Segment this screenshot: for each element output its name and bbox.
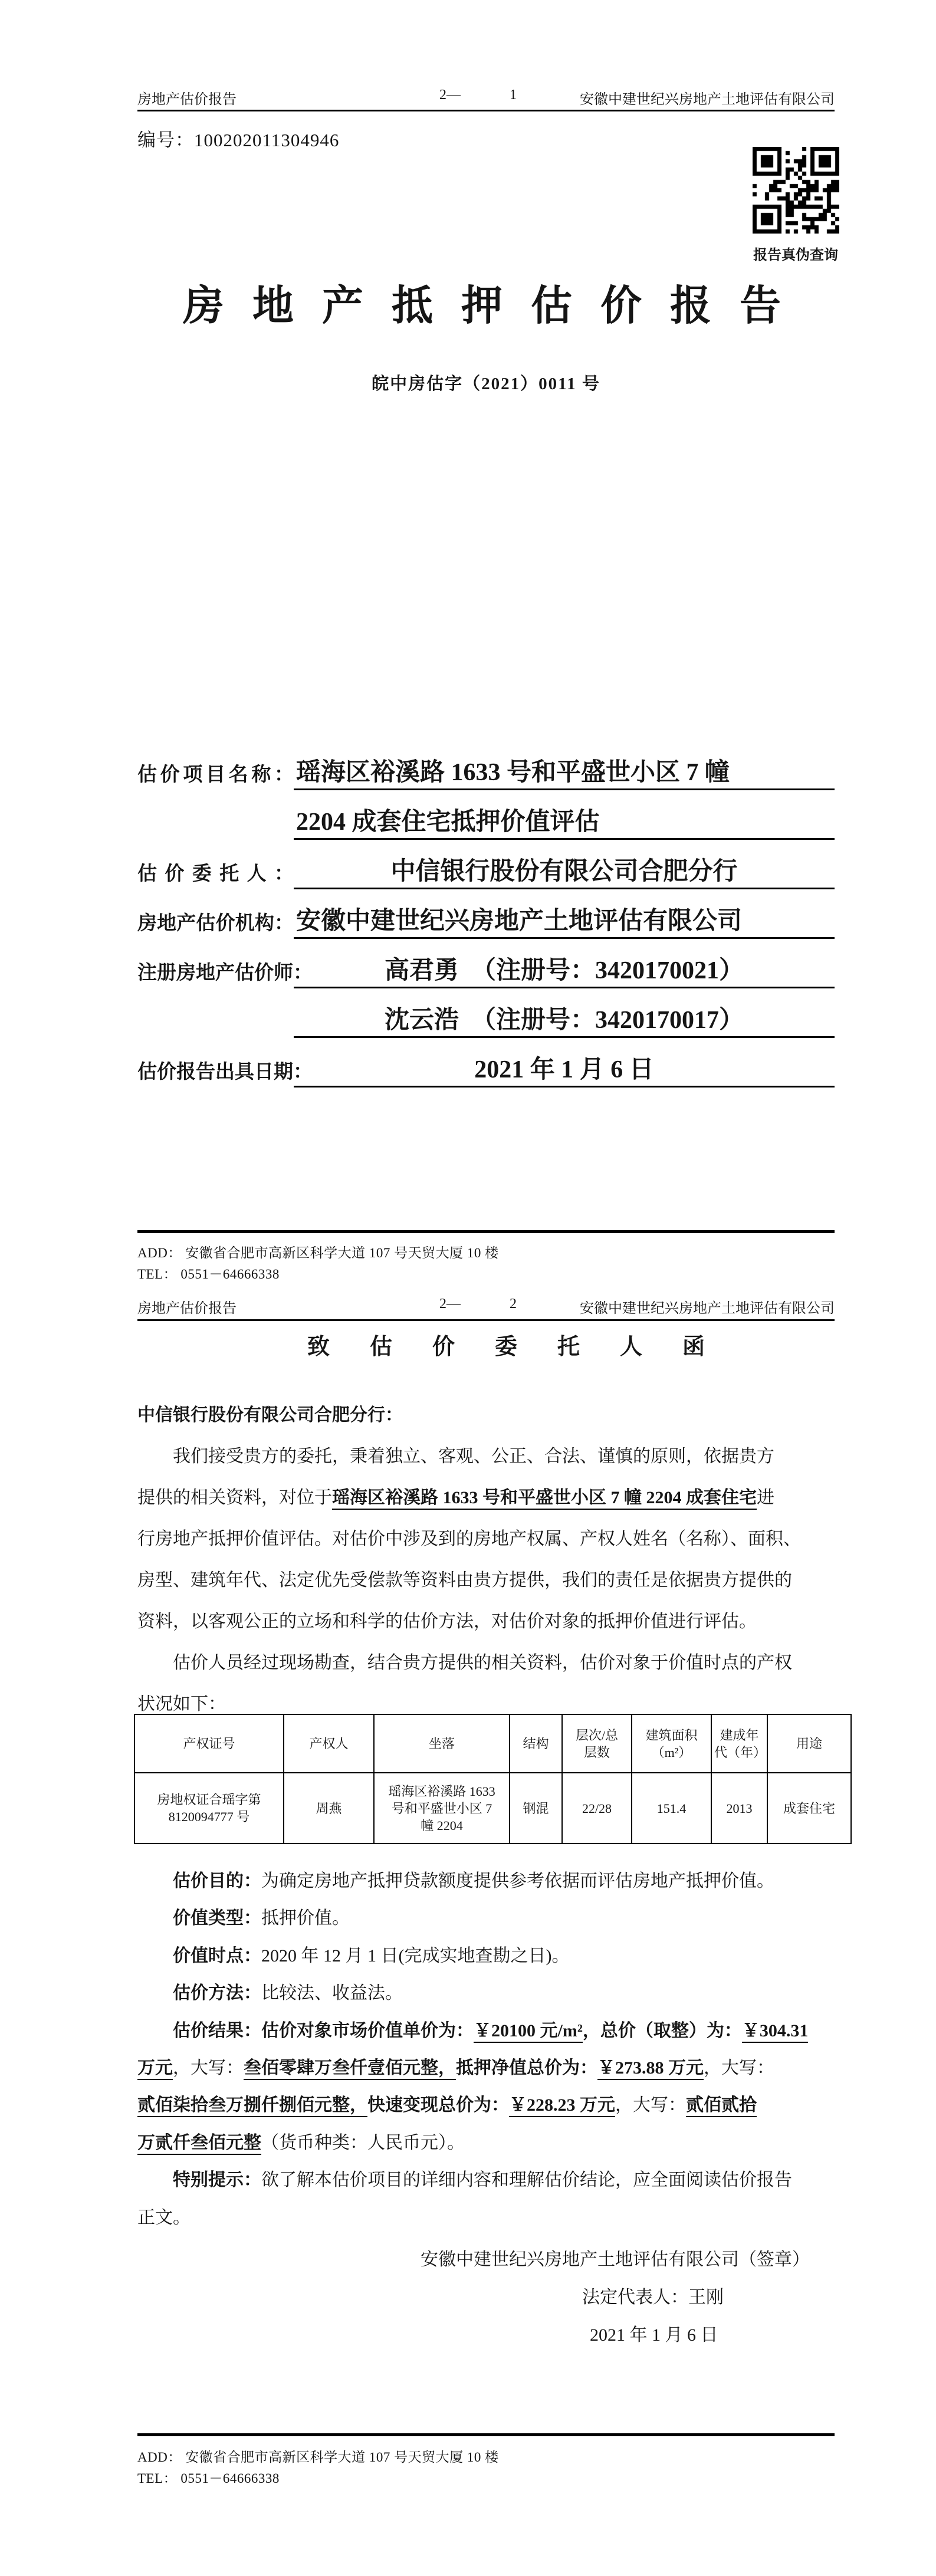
field-value: 瑶海区裕溪路 1633 号和平盛世小区 7 幢: [294, 758, 835, 790]
cell-certificate-no: 房地权证合瑶字第 8120094777 号: [134, 1773, 284, 1844]
col-location: 坐落: [374, 1714, 510, 1773]
field-value: 中信银行股份有限公司合肥分行: [294, 857, 835, 889]
qr-code: [753, 147, 839, 234]
field-value: 2021 年 1 月 6 日: [294, 1056, 835, 1087]
cell-area: 151.4: [632, 1773, 711, 1844]
text-line: 估价方法：比较法、收益法。: [137, 1974, 851, 2012]
table-header-row: 产权证号 产权人 坐落 结构 层次/总 层数 建筑面积 （m²） 建成年 代（年…: [134, 1714, 851, 1773]
cover-fields: 估价项目名称： 瑶海区裕溪路 1633 号和平盛世小区 7 幢 2204 成套住…: [137, 741, 835, 1087]
page1-footer-phone: TEL： 0551－64666338: [137, 1263, 280, 1283]
header-doc-title: 房地产估价报告: [137, 1296, 237, 1317]
col-certificate-no: 产权证号: [134, 1714, 284, 1773]
header-page-number: 1: [510, 87, 517, 103]
header-company: 安徽中建世纪兴房地产土地评估有限公司: [580, 1296, 835, 1317]
header-divider: [137, 1319, 835, 1321]
signature-legal-representative: 法定代表人：王刚: [582, 2282, 724, 2308]
field-label: 注册房地产估价师：: [137, 957, 294, 988]
header-page-total: 2—: [439, 87, 461, 103]
serial-label: 编号：: [137, 130, 194, 150]
col-owner: 产权人: [284, 1714, 374, 1773]
report-title: 房地产抵押估价报告: [96, 272, 868, 332]
cell-owner: 周燕: [284, 1773, 374, 1844]
report-document-number: 皖中房估字（2021）0011 号: [137, 370, 835, 395]
field-label: [137, 836, 294, 840]
text-line: 价值类型：抵押价值。: [137, 1900, 851, 1937]
text-line: 估价结果：估价对象市场价值单价为：￥20100 元/m²，总价（取整）为：￥30…: [137, 2012, 851, 2049]
col-use: 用途: [767, 1714, 851, 1773]
serial-value: 100202011304946: [194, 130, 339, 150]
header-company: 安徽中建世纪兴房地产土地评估有限公司: [580, 87, 835, 108]
cell-structure: 钢混: [510, 1773, 562, 1844]
field-project-name-cont: 2204 成套住宅抵押价值评估: [137, 790, 835, 840]
header-page-number: 2: [510, 1296, 517, 1312]
page2-running-header: 房地产估价报告 2— 2 安徽中建世纪兴房地产土地评估有限公司: [137, 1296, 835, 1316]
field-label: 估价报告出具日期：: [137, 1056, 294, 1087]
field-label: [137, 1034, 294, 1038]
header-doc-title: 房地产估价报告: [137, 87, 237, 108]
qr-caption: 报告真伪查询: [741, 243, 850, 264]
text-line: 正文。: [137, 2199, 851, 2236]
cell-year-built: 2013: [711, 1773, 767, 1844]
header-page-total: 2—: [439, 1296, 461, 1312]
field-client: 估价委托人： 中信银行股份有限公司合肥分行: [137, 840, 835, 889]
signature-date: 2021 年 1 月 6 日: [590, 2320, 718, 2346]
field-value: 高君勇 （注册号：3420170021）: [294, 957, 835, 988]
page1-footer-divider: [137, 1230, 835, 1233]
col-area: 建筑面积 （m²）: [632, 1714, 711, 1773]
letter-title: 致估价委托人函: [137, 1328, 875, 1361]
field-project-name: 估价项目名称： 瑶海区裕溪路 1633 号和平盛世小区 7 幢: [137, 741, 835, 790]
field-value: 安徽中建世纪兴房地产土地评估有限公司: [294, 907, 835, 939]
text-line: 价值时点：2020 年 12 月 1 日(完成实地查勘之日)。: [137, 1937, 851, 1974]
col-year-built: 建成年 代（年）: [711, 1714, 767, 1773]
page2-footer-address: ADD： 安徽省合肥市高新区科学大道 107 号天贸大厦 10 楼: [137, 2446, 499, 2466]
field-label: 估价项目名称：: [137, 759, 294, 790]
cell-use: 成套住宅: [767, 1773, 851, 1844]
text-line: 万贰仟叁佰元整（货币种类：人民币元）。: [137, 2124, 851, 2161]
col-structure: 结构: [510, 1714, 562, 1773]
field-appraiser-1: 注册房地产估价师： 高君勇 （注册号：3420170021）: [137, 939, 835, 988]
field-value: 2204 成套住宅抵押价值评估: [294, 808, 835, 840]
field-label: 估价委托人：: [137, 858, 294, 889]
letter-body: 中信银行股份有限公司合肥分行： 我们接受贵方的委托，秉着独立、客观、公正、合法、…: [137, 1395, 851, 1725]
text-line: 特别提示：欲了解本估价项目的详细内容和理解估价结论，应全面阅读估价报告: [137, 2161, 851, 2199]
text-line: 提供的相关资料，对位于瑶海区裕溪路 1633 号和平盛世小区 7 幢 2204 …: [137, 1477, 851, 1519]
text-line: 中信银行股份有限公司合肥分行：: [137, 1395, 851, 1436]
field-value: 沈云浩 （注册号：3420170017）: [294, 1006, 835, 1038]
text-line: 估价目的：为确定房地产抵押贷款额度提供参考依据而评估房地产抵押价值。: [137, 1862, 851, 1900]
field-agency: 房地产估价机构： 安徽中建世纪兴房地产土地评估有限公司: [137, 889, 835, 939]
table-row: 房地权证合瑶字第 8120094777 号 周燕 瑶海区裕溪路 1633 号和平…: [134, 1773, 851, 1844]
text-line: 资料，以客观公正的立场和科学的估价方法，对估价对象的抵押价值进行评估。: [137, 1601, 851, 1642]
field-label: 房地产估价机构：: [137, 908, 294, 939]
property-rights-table: 产权证号 产权人 坐落 结构 层次/总 层数 建筑面积 （m²） 建成年 代（年…: [134, 1714, 852, 1844]
appraisal-results: 估价目的：为确定房地产抵押贷款额度提供参考依据而评估房地产抵押价值。 价值类型：…: [137, 1862, 851, 2236]
text-line: 贰佰柒拾叁万捌仟捌佰元整，快速变现总价为：￥228.23 万元，大写：贰佰贰拾: [137, 2087, 851, 2124]
field-issue-date: 估价报告出具日期： 2021 年 1 月 6 日: [137, 1038, 835, 1087]
field-appraiser-2: 沈云浩 （注册号：3420170017）: [137, 988, 835, 1038]
signature-company: 安徽中建世纪兴房地产土地评估有限公司（签章）: [421, 2245, 810, 2271]
text-line: 万元，大写：叁佰零肆万叁仟壹佰元整，抵押净值总价为：￥273.88 万元，大写：: [137, 2049, 851, 2087]
cell-floor: 22/28: [562, 1773, 632, 1844]
text-line: 估价人员经过现场勘查，结合贵方提供的相关资料，估价对象于价值时点的产权: [137, 1642, 851, 1684]
cell-location: 瑶海区裕溪路 1633 号和平盛世小区 7 幢 2204: [374, 1773, 510, 1844]
page1-footer-address: ADD： 安徽省合肥市高新区科学大道 107 号天贸大厦 10 楼: [137, 1242, 499, 1261]
page2-footer-phone: TEL： 0551－64666338: [137, 2467, 280, 2487]
col-floor: 层次/总 层数: [562, 1714, 632, 1773]
text-line: 我们接受贵方的委托，秉着独立、客观、公正、合法、谨慎的原则，依据贵方: [137, 1436, 851, 1477]
header-divider: [137, 110, 835, 111]
text-line: 行房地产抵押价值评估。对估价中涉及到的房地产权属、产权人姓名（名称）、面积、: [137, 1519, 851, 1560]
report-serial-number: 编号：100202011304946: [137, 125, 339, 152]
text-line: 房型、建筑年代、法定优先受偿款等资料由贵方提供，我们的责任是依据贵方提供的: [137, 1560, 851, 1601]
page1-running-header: 房地产估价报告 2— 1 安徽中建世纪兴房地产土地评估有限公司: [137, 87, 835, 107]
appraisal-report-document: 房地产估价报告 2— 1 安徽中建世纪兴房地产土地评估有限公司 编号：10020…: [0, 0, 936, 2576]
page2-footer-divider: [137, 2433, 835, 2436]
